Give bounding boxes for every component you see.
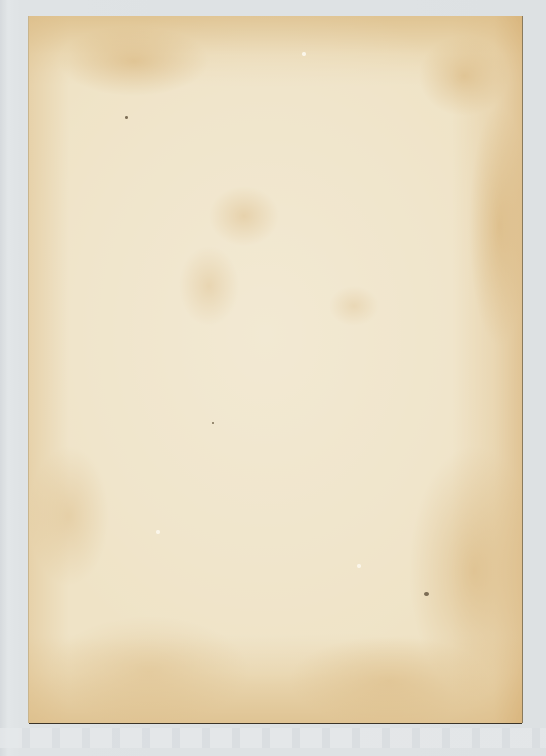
scanner-edge-strip — [0, 728, 546, 748]
speck — [302, 52, 306, 56]
foxing-stain — [29, 446, 109, 586]
speck — [125, 116, 128, 119]
speck — [212, 422, 214, 424]
speck — [156, 530, 160, 534]
foxing-stain — [419, 36, 509, 116]
foxing-stain — [59, 26, 209, 96]
foxing-stain — [469, 106, 522, 346]
blank-paper-card — [29, 16, 522, 723]
foxing-stain — [179, 246, 239, 326]
speck — [357, 564, 361, 568]
speck — [424, 592, 429, 596]
foxing-stain — [329, 286, 379, 326]
left-edge-stain — [29, 16, 69, 723]
foxing-stain — [49, 616, 249, 723]
foxing-stain — [209, 186, 279, 246]
foxing-stain — [289, 636, 489, 723]
